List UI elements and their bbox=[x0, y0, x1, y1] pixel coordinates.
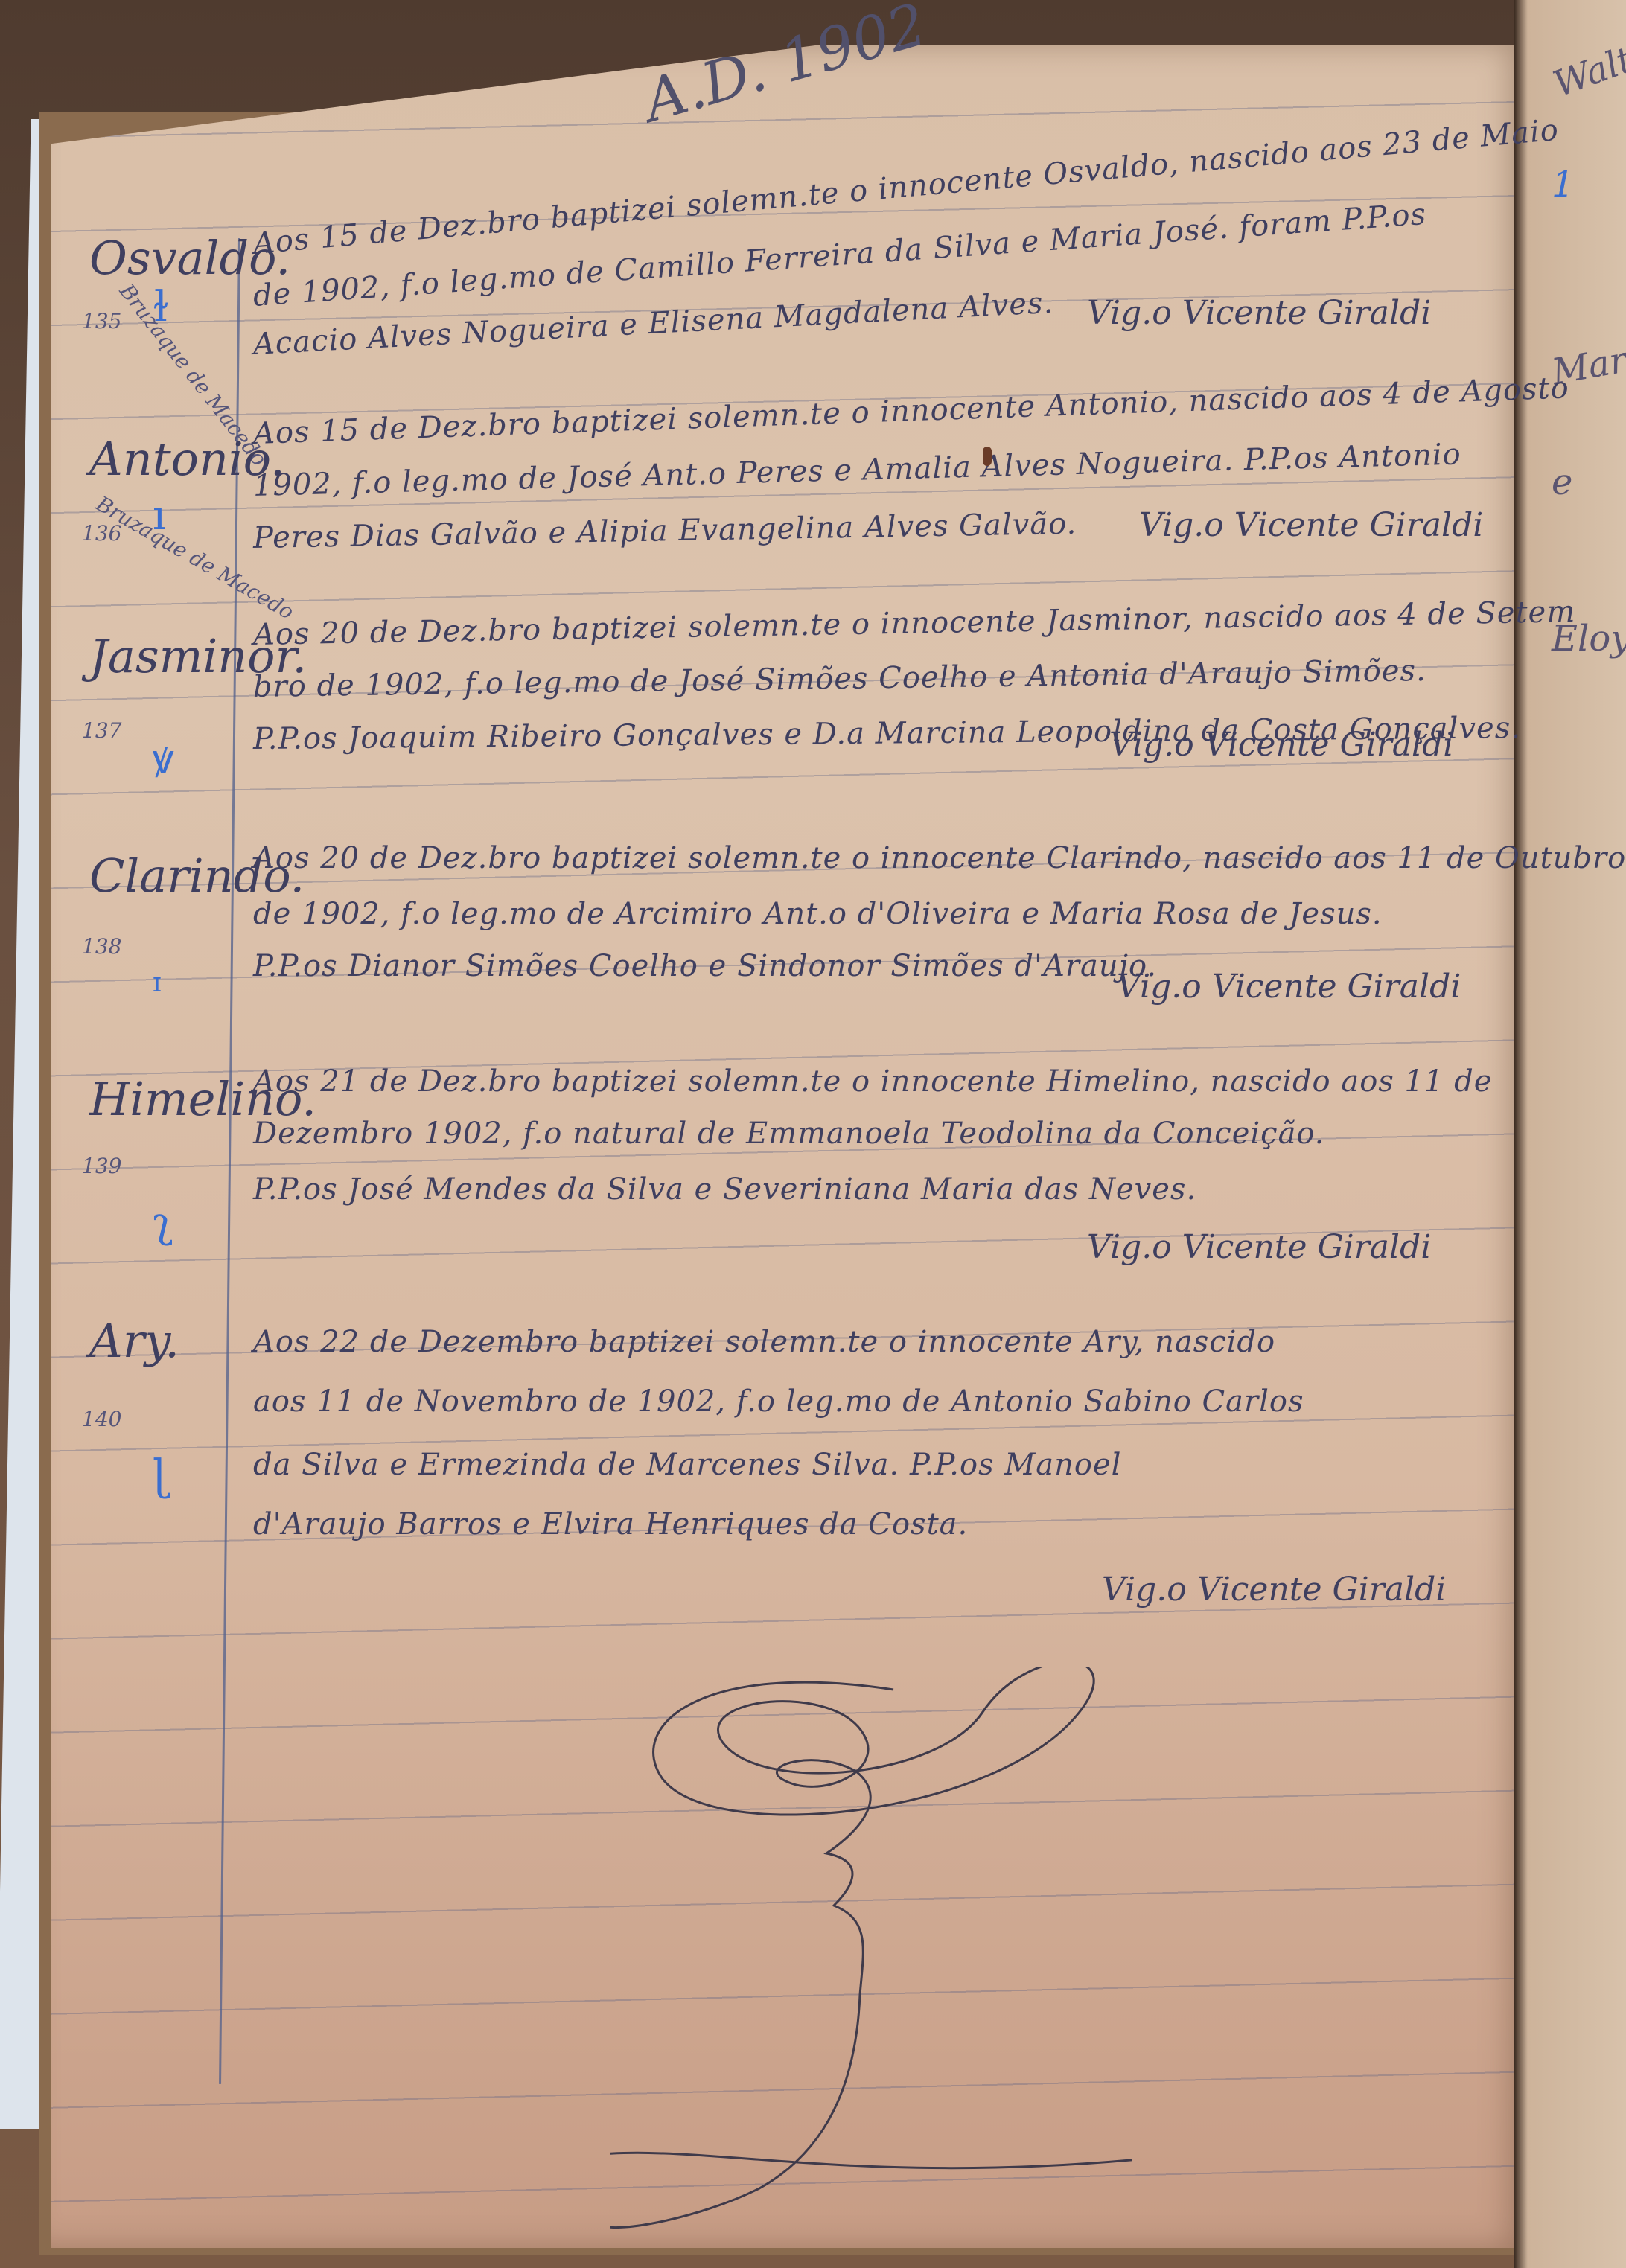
ink-blot bbox=[983, 447, 992, 466]
child-name: Ary. bbox=[89, 1314, 179, 1368]
entry-line: da Silva e Ermezinda de Marcenes Silva. … bbox=[253, 1448, 1121, 1482]
priest-signature: Vig.o Vicente Giraldi bbox=[1117, 968, 1461, 1006]
blue-check-mark: ꝟ bbox=[153, 729, 173, 786]
blue-check-mark: ɫ bbox=[153, 283, 168, 331]
entry-line: P.P.os José Mendes da Silva e Severinian… bbox=[253, 1172, 1196, 1207]
adjacent-page: Walter 1 Maria e Eloy bbox=[1514, 0, 1626, 2268]
adjacent-fragment: 1 bbox=[1552, 164, 1575, 205]
blue-check-mark: ʅ bbox=[153, 1198, 173, 1247]
priest-signature: Vig.o Vicente Giraldi bbox=[1109, 726, 1453, 764]
blue-check-mark: ɪ bbox=[153, 968, 162, 998]
entry-number: 135 bbox=[82, 309, 121, 333]
entry-number: 139 bbox=[82, 1154, 121, 1178]
priest-signature: Vig.o Vicente Giraldi bbox=[1087, 1228, 1431, 1266]
priest-signature: Vig.o Vicente Giraldi bbox=[1087, 294, 1431, 332]
priest-signature: Vig.o Vicente Giraldi bbox=[1102, 1571, 1446, 1609]
entry-line: d'Araujo Barros e Elvira Henriques da Co… bbox=[253, 1507, 968, 1542]
priest-signature: Vig.o Vicente Giraldi bbox=[1139, 506, 1483, 544]
adjacent-fragment: Walter bbox=[1548, 25, 1626, 105]
entry-line: Aos 21 de Dez.bro baptizei solemn.te o i… bbox=[253, 1064, 1492, 1099]
entry-number: 137 bbox=[82, 718, 121, 743]
adjacent-fragment: e bbox=[1552, 461, 1572, 503]
entry-number: 140 bbox=[82, 1407, 121, 1431]
blue-check-mark: ı bbox=[153, 491, 166, 540]
entry-line: de 1902, f.o leg.mo de Arcimiro Ant.o d'… bbox=[253, 897, 1383, 931]
entry-line: aos 11 de Novembro de 1902, f.o leg.mo d… bbox=[253, 1384, 1304, 1419]
entry-line: Aos 20 de Dez.bro baptizei solemn.te o i… bbox=[253, 841, 1626, 875]
closing-flourish bbox=[610, 1667, 1132, 2248]
entry-line: P.P.os Dianor Simões Coelho e Sindonor S… bbox=[253, 949, 1157, 983]
entry-line: Aos 22 de Dezembro baptizei solemn.te o … bbox=[253, 1325, 1275, 1359]
blue-check-mark: ɭ bbox=[153, 1451, 168, 1500]
entry-number: 138 bbox=[82, 934, 121, 959]
entry-line: Dezembro 1902, f.o natural de Emmanoela … bbox=[253, 1117, 1325, 1151]
